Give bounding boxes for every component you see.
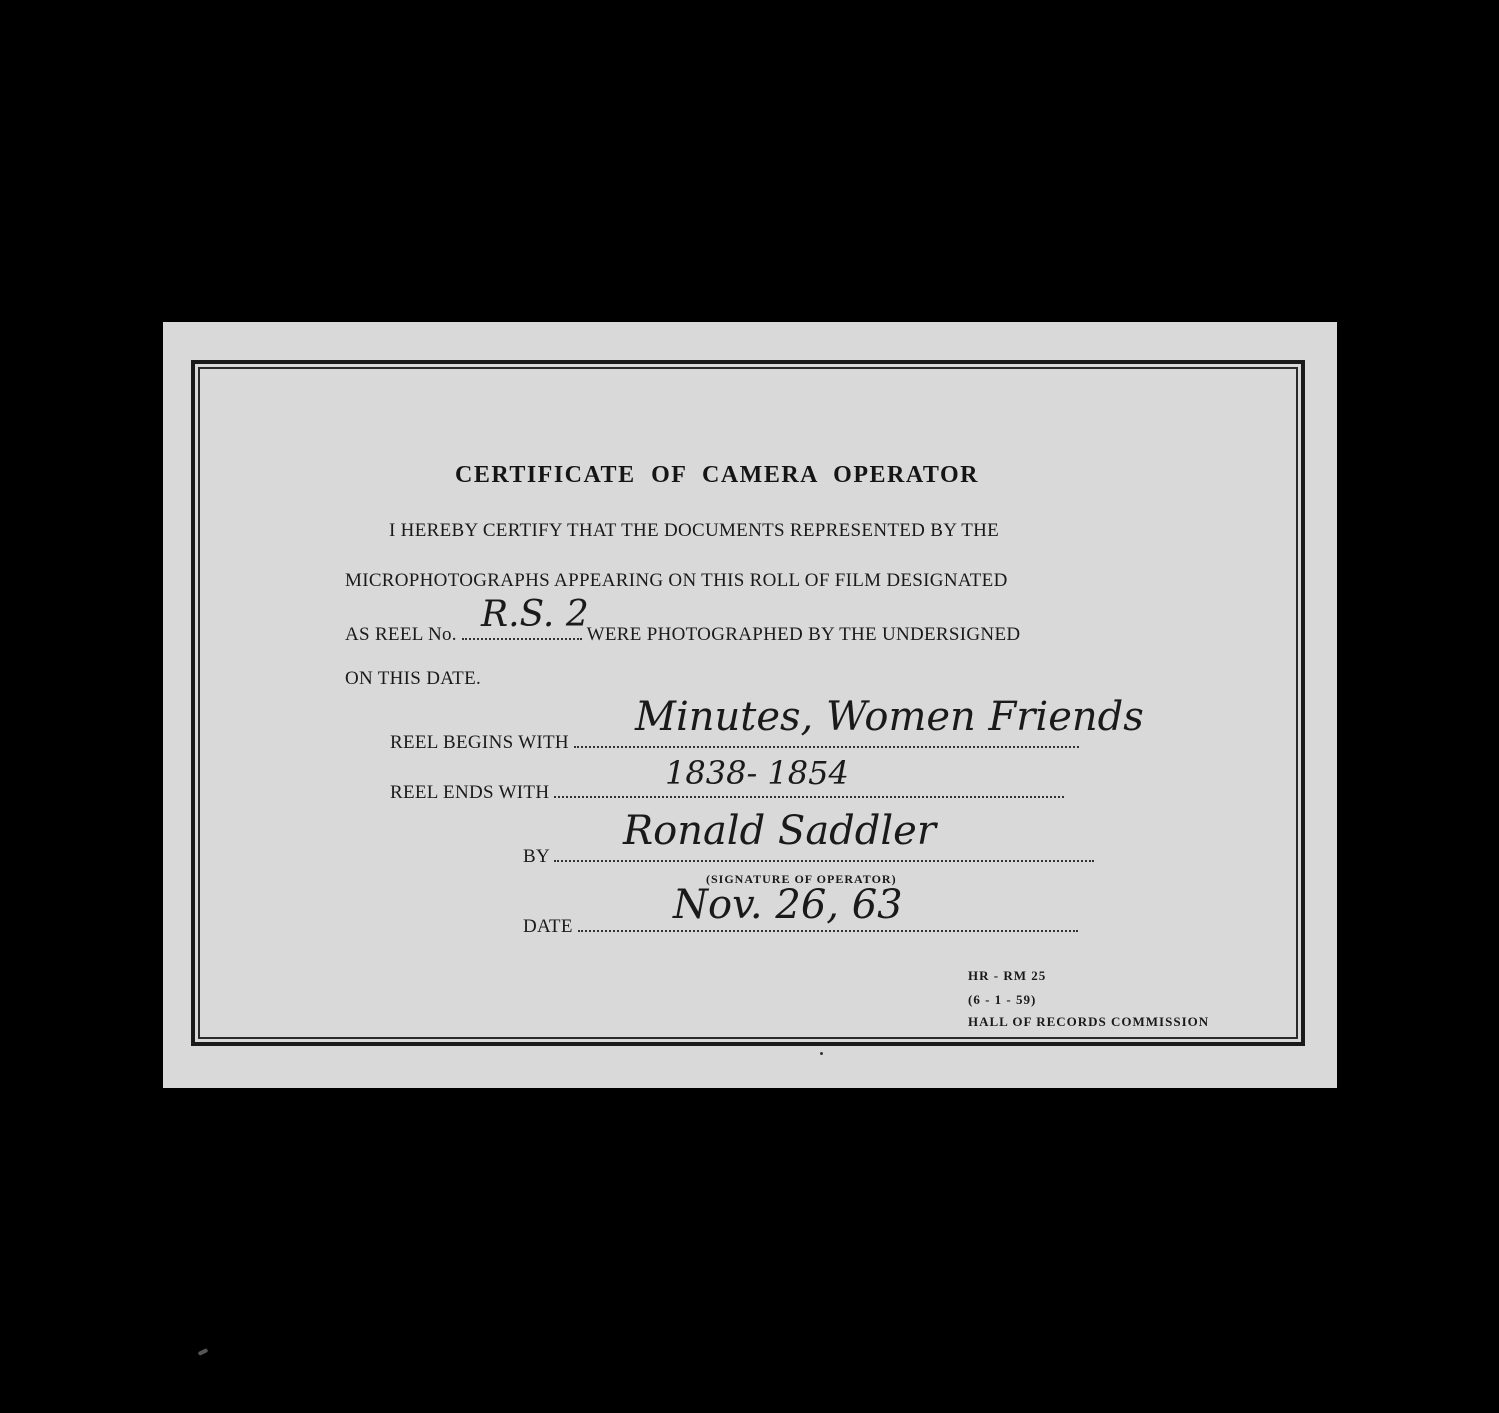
certificate-title: CERTIFICATE OF CAMERA OPERATOR (455, 462, 979, 489)
film-speck (820, 1052, 823, 1055)
certificate-card: CERTIFICATE OF CAMERA OPERATOR I HEREBY … (163, 322, 1337, 1088)
reel-begins-label: REEL BEGINS WITH (390, 732, 569, 753)
operator-signature: Ronald Saddler (623, 808, 936, 854)
reel-number-label: AS REEL No. (345, 624, 457, 645)
body-line-3-suffix: WERE PHOTOGRAPHED BY THE UNDERSIGNED (587, 624, 1021, 645)
reel-ends-handwritten: 1838- 1854 (665, 754, 849, 792)
body-line-2: MICROPHOTOGRAPHS APPEARING ON THIS ROLL … (345, 570, 1008, 592)
film-artifact (198, 1348, 209, 1356)
reel-begins-handwritten: Minutes, Women Friends (635, 694, 1144, 740)
body-line-3: AS REEL No. WERE PHOTOGRAPHED BY THE UND… (345, 620, 1020, 646)
reel-number-handwritten: R.S. 2 (481, 594, 589, 635)
issuer: HALL OF RECORDS COMMISSION (968, 1014, 1209, 1030)
form-number: HR - RM 25 (968, 968, 1046, 984)
by-label: BY (523, 846, 549, 867)
reel-ends-label: REEL ENDS WITH (390, 782, 549, 803)
body-line-1: I HEREBY CERTIFY THAT THE DOCUMENTS REPR… (389, 520, 999, 542)
date-label: DATE (523, 916, 573, 937)
date-handwritten: Nov. 26, 63 (673, 882, 903, 928)
form-date: (6 - 1 - 59) (968, 992, 1036, 1008)
body-line-4: ON THIS DATE. (345, 668, 481, 690)
